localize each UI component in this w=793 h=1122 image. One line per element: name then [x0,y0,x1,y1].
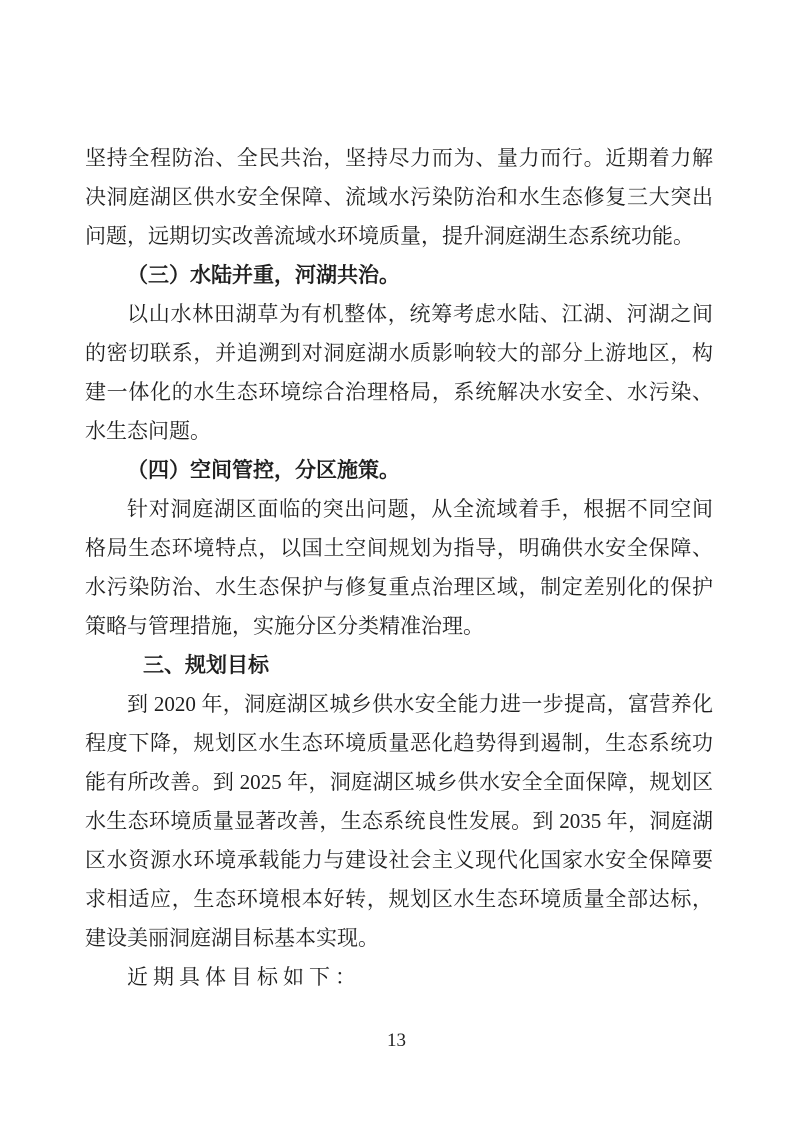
document-body: 坚持全程防治、全民共治，坚持尽力而为、量力而行。近期着力解决洞庭湖区供水安全保障… [85,139,713,997]
near-term-goals-lead: 近期具体目标如下： [85,958,713,997]
principle-heading-3: （三）水陆并重，河湖共治。 [85,256,713,295]
paragraph-continuation: 坚持全程防治、全民共治，坚持尽力而为、量力而行。近期着力解决洞庭湖区供水安全保障… [85,139,713,256]
document-page: 坚持全程防治、全民共治，坚持尽力而为、量力而行。近期着力解决洞庭湖区供水安全保障… [0,0,793,1122]
principle-3-body: 以山水林田湖草为有机整体，统筹考虑水陆、江湖、河湖之间的密切联系，并追溯到对洞庭… [85,295,713,451]
page-number: 13 [0,1029,793,1053]
principle-4-body: 针对洞庭湖区面临的突出问题，从全流域着手，根据不同空间格局生态环境特点，以国土空… [85,490,713,646]
planning-goals-body: 到 2020 年，洞庭湖区城乡供水安全能力进一步提高，富营养化程度下降，规划区水… [85,685,713,958]
principle-heading-4: （四）空间管控，分区施策。 [85,451,713,490]
section-heading-planning-goals: 三、规划目标 [85,646,713,685]
